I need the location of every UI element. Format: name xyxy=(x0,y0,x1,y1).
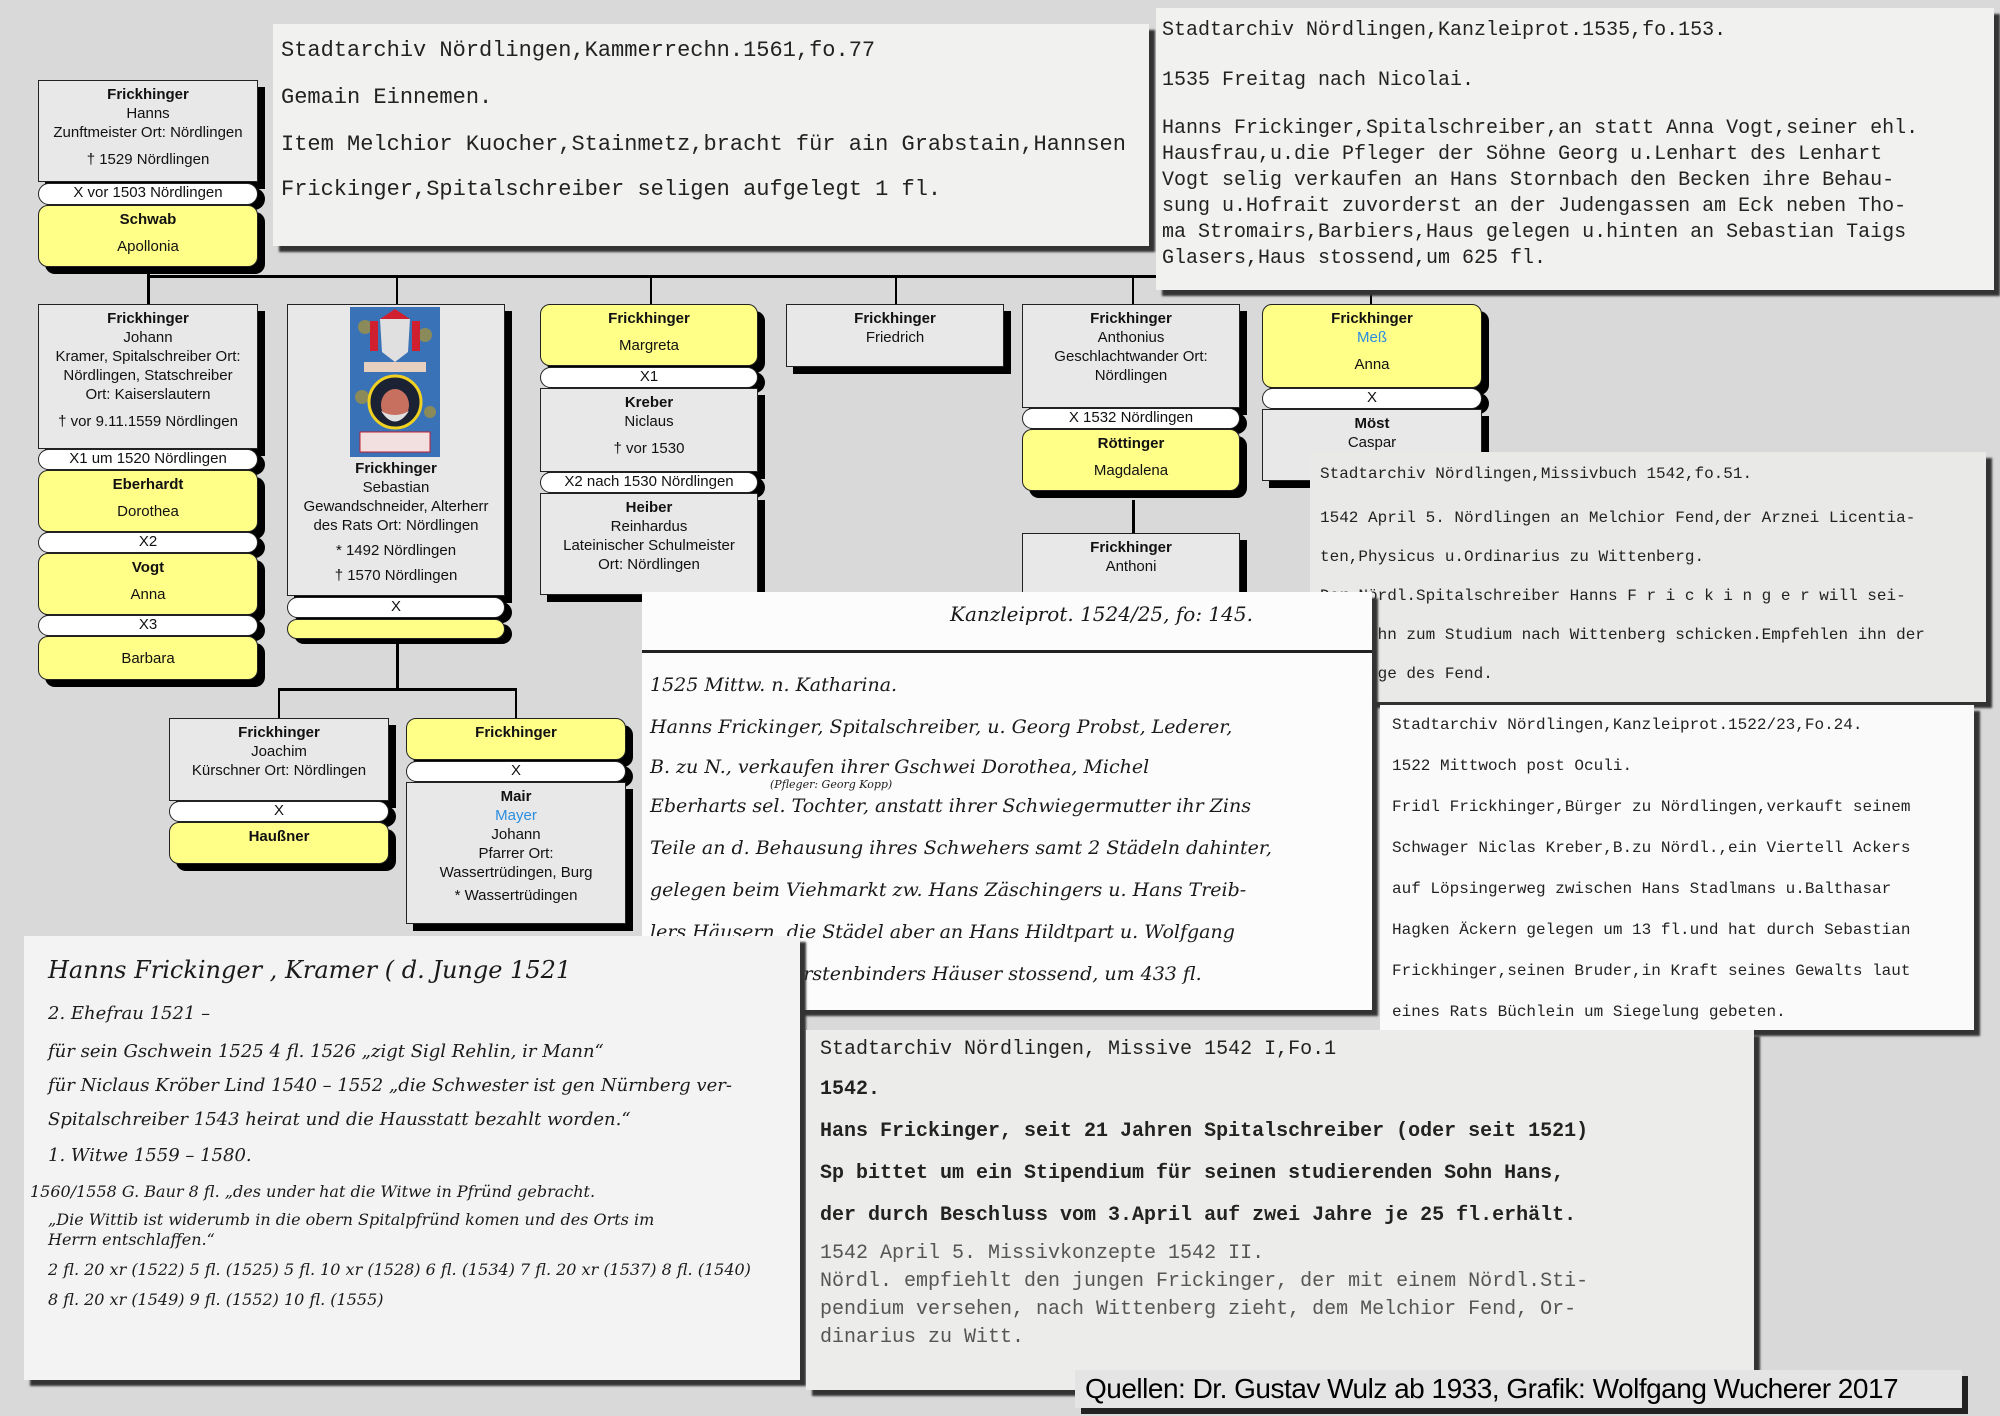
alt-surname: Mayer xyxy=(407,806,625,825)
doc-line: Hanns Frickinger , Kramer ( d. Junge 152… xyxy=(48,956,776,984)
occupation: Zunftmeister Ort: Nördlingen xyxy=(39,123,257,142)
surname: Frickhinger xyxy=(39,85,257,104)
death: † 1570 Nördlingen xyxy=(288,566,504,585)
doc-line: Gemain Einnemen. xyxy=(281,85,1141,110)
spouse-anna-vogt[interactable]: Vogt Anna xyxy=(38,553,258,615)
doc-line: Hagken Äckern gelegen um 13 fl.und hat d… xyxy=(1392,920,1962,940)
surname: Frickhinger xyxy=(1023,309,1239,328)
surname: Frickhinger xyxy=(1263,309,1481,328)
doc-line: 8 fl. 20 xr (1549) 9 fl. (1552) 10 fl. (… xyxy=(48,1290,776,1310)
given-name: Johann xyxy=(407,825,625,844)
doc-line: Stadtarchiv Nördlingen,Missivbuch 1542,f… xyxy=(1320,464,1976,484)
doc-kanzleiprot-1522: Stadtarchiv Nördlingen,Kanzleiprot.1522/… xyxy=(1380,705,1974,1030)
birth: * Wassertrüdingen xyxy=(407,886,625,905)
marriage-margreta-1: X1 xyxy=(540,367,758,388)
marriage-anthonius: X 1532 Nördlingen xyxy=(1022,408,1240,429)
doc-line: Teile an d. Behausung ihres Schwehers sa… xyxy=(650,838,1364,858)
alt-surname: Meß xyxy=(1263,328,1481,347)
surname: Frickhinger xyxy=(787,309,1003,328)
doc-line: Frickhinger,seinen Bruder,in Kraft seine… xyxy=(1392,961,1962,981)
surname: Frickhinger xyxy=(541,309,757,328)
doc-line: Spitalschreiber 1543 heirat und die Haus… xyxy=(48,1110,776,1130)
given-name: Joachim xyxy=(170,742,388,761)
doc-line: Fridl Frickhinger,Bürger zu Nördlingen,v… xyxy=(1392,797,1962,817)
doc-line: Glasers,Haus stossend,um 625 fl. xyxy=(1162,246,1988,272)
marriage-margreta-2: X2 nach 1530 Nördlingen xyxy=(540,472,758,493)
doc-line: ma Stromairs,Barbiers,Haus gelegen u.hin… xyxy=(1162,220,1988,246)
occupation-line: Ort: Kaiserslautern xyxy=(39,385,257,404)
spouse-niclaus-kreber[interactable]: Kreber Niclaus † vor 1530 xyxy=(540,388,758,472)
given-name: Sebastian xyxy=(288,478,504,497)
marriage-sebastian: X xyxy=(287,597,505,618)
doc-line: Stadtarchiv Nördlingen,Kanzleiprot.1535,… xyxy=(1162,18,1988,44)
surname: Haußner xyxy=(170,827,388,846)
doc-line: Frickinger,Spitalschreiber seligen aufge… xyxy=(281,177,1141,202)
doc-line: 1522 Mittwoch post Oculi. xyxy=(1392,756,1962,776)
doc-handwritten-notes: Hanns Frickinger , Kramer ( d. Junge 152… xyxy=(24,936,800,1380)
doc-line: ten,Physicus u.Ordinarius zu Wittenberg. xyxy=(1320,547,1976,567)
occupation-line: Gewandschneider, Alterherr xyxy=(288,497,504,516)
spouse-magdalena[interactable]: Röttinger Magdalena xyxy=(1022,429,1240,491)
marriage-johann-2: X2 xyxy=(38,532,258,553)
occupation-line: Geschlachtwander Ort: xyxy=(1023,347,1239,366)
doc-line: sung u.Hofrait zuvorderst an der Judenga… xyxy=(1162,194,1988,220)
doc-line: 1542 April 5. Missivkonzepte 1542 II. xyxy=(820,1242,1740,1266)
marriage-mair: X xyxy=(406,761,626,782)
spouse-johann-mair[interactable]: Mair Mayer Johann Pfarrer Ort: Wassertrü… xyxy=(406,782,626,924)
occupation-line: Wassertrüdingen, Burg xyxy=(407,863,625,882)
doc-missive-1542: Stadtarchiv Nördlingen, Missive 1542 I,F… xyxy=(806,1030,1754,1390)
given-name: Anthoni xyxy=(1023,557,1239,576)
doc-line: gelegen beim Viehmarkt zw. Hans Zäsching… xyxy=(650,880,1364,900)
person-hanns[interactable]: Frickhinger Hanns Zunftmeister Ort: Nörd… xyxy=(38,80,258,182)
doc-line: Vogt selig verkaufen an Hans Stornbach d… xyxy=(1162,168,1988,194)
surname: Schwab xyxy=(39,210,257,229)
connector-child-5 xyxy=(1132,276,1134,304)
given-name: Hanns xyxy=(39,104,257,123)
doc-line: 2 fl. 20 xr (1522) 5 fl. (1525) 5 fl. 10… xyxy=(48,1260,776,1280)
given-name: Johann xyxy=(39,328,257,347)
given-name: Anthonius xyxy=(1023,328,1239,347)
given-name: Margreta xyxy=(541,336,757,355)
spouse-reinhardus-heiber[interactable]: Heiber Reinhardus Lateinischer Schulmeis… xyxy=(540,493,758,595)
spouse-apollonia[interactable]: Schwab Apollonia xyxy=(38,205,258,267)
surname: Heiber xyxy=(541,498,757,517)
doc-line: nen Sohn zum Studium nach Wittenberg sch… xyxy=(1320,625,1976,645)
doc-line: Fürsorge des Fend. xyxy=(1320,664,1976,684)
person-joachim[interactable]: Frickhinger Joachim Kürschner Ort: Nördl… xyxy=(169,718,389,801)
surname: Frickhinger xyxy=(288,459,504,478)
portrait-image xyxy=(350,307,440,457)
marriage-johann-3: X3 xyxy=(38,615,258,636)
doc-line: 1. Witwe 1559 – 1580. xyxy=(48,1146,776,1166)
connector-anthonius-down xyxy=(1132,500,1135,536)
given-name: Apollonia xyxy=(39,237,257,256)
occupation-line: Nördlingen, Statschreiber xyxy=(39,366,257,385)
given-name: Anna xyxy=(1263,355,1481,374)
doc-line: Stadtarchiv Nördlingen,Kanzleiprot.1522/… xyxy=(1392,715,1962,735)
occupation-line: Ort: Nördlingen xyxy=(541,555,757,574)
connector-sebastian-down xyxy=(396,640,399,690)
doc-line: dinarius zu Witt. xyxy=(820,1326,1740,1350)
surname: Frickhinger xyxy=(407,723,625,742)
doc-kanzleiprot-1535: Stadtarchiv Nördlingen,Kanzleiprot.1535,… xyxy=(1156,8,1994,290)
sources-caption: Quellen: Dr. Gustav Wulz ab 1933, Grafik… xyxy=(1075,1370,1962,1408)
doc-line: 1525 Mittw. n. Katharina. xyxy=(650,675,1364,695)
surname: Frickhinger xyxy=(170,723,388,742)
death: † vor 9.11.1559 Nördlingen xyxy=(39,412,257,431)
doc-line: Der Nördl.Spitalschreiber Hanns F r i c … xyxy=(1320,586,1976,606)
occupation-line: Lateinischer Schulmeister xyxy=(541,536,757,555)
doc-line: Kanzleiprot. 1524/25, fo: 145. xyxy=(950,604,1364,624)
given-name: Reinhardus xyxy=(541,517,757,536)
doc-line: 1560/1558 G. Baur 8 fl. „des under hat d… xyxy=(30,1182,776,1202)
doc-line: auf Löpsingerweg zwischen Hans Stadlmans… xyxy=(1392,879,1962,899)
doc-line: Sp bittet um ein Stipendium für seinen s… xyxy=(820,1162,1740,1186)
given-name: Anna xyxy=(39,585,257,604)
birth: * 1492 Nördlingen xyxy=(288,541,504,560)
surname: Frickhinger xyxy=(1023,538,1239,557)
doc-line: „Die Wittib ist widerumb in die obern Sp… xyxy=(48,1210,776,1230)
person-anna-mess[interactable]: Frickhinger Meß Anna xyxy=(1262,304,1482,388)
surname: Vogt xyxy=(39,558,257,577)
divider xyxy=(642,650,1372,653)
connector-child-1 xyxy=(147,276,149,304)
given-name: Magdalena xyxy=(1023,461,1239,480)
doc-missivbuch-1542: Stadtarchiv Nördlingen,Missivbuch 1542,f… xyxy=(1310,452,1986,702)
doc-line: 1535 Freitag nach Nicolai. xyxy=(1162,68,1988,94)
death: † vor 1530 xyxy=(541,439,757,458)
doc-line: Stadtarchiv Nördlingen, Missive 1542 I,F… xyxy=(820,1038,1740,1062)
marriage-hanns: X vor 1503 Nördlingen xyxy=(38,183,258,205)
surname: Möst xyxy=(1263,414,1481,433)
doc-line: 1542. xyxy=(820,1078,1740,1102)
given-name: Barbara xyxy=(39,649,257,668)
doc-line: Hausfrau,u.die Pfleger der Söhne Georg u… xyxy=(1162,142,1988,168)
doc-line: Schwager Niclas Kreber,B.zu Nördl.,ein V… xyxy=(1392,838,1962,858)
doc-line: Item Melchior Kuocher,Stainmetz,bracht f… xyxy=(281,132,1141,157)
marriage-johann-1: X1 um 1520 Nördlingen xyxy=(38,449,258,470)
doc-line: der durch Beschluss vom 3.April auf zwei… xyxy=(820,1204,1740,1228)
given-name: Dorothea xyxy=(39,502,257,521)
doc-line: für sein Gschwein 1525 4 fl. 1526 „zigt … xyxy=(48,1042,776,1062)
occupation: Kürschner Ort: Nördlingen xyxy=(170,761,388,780)
surname: Kreber xyxy=(541,393,757,412)
doc-kammerrechn-1561: Stadtarchiv Nördlingen,Kammerrechn.1561,… xyxy=(273,24,1149,246)
person-friedrich[interactable]: Frickhinger Friedrich xyxy=(786,304,1004,367)
doc-line: Eberharts sel. Tochter, anstatt ihrer Sc… xyxy=(650,796,1364,816)
person-margreta[interactable]: Frickhinger Margreta xyxy=(540,304,758,366)
surname: Röttinger xyxy=(1023,434,1239,453)
connector-grandchild-bar xyxy=(278,688,516,691)
connector-child-2 xyxy=(396,276,398,304)
doc-line: eines Rats Büchlein um Siegelung gebeten… xyxy=(1392,1002,1962,1022)
spouse-haussner[interactable]: Haußner xyxy=(169,822,389,864)
doc-line: B. zu N., verkaufen ihrer Gschwei Doroth… xyxy=(650,757,1364,777)
occupation-line: Kramer, Spitalschreiber Ort: xyxy=(39,347,257,366)
person-frickhinger-daughter[interactable]: Frickhinger xyxy=(406,718,626,760)
spouse-sebastian-unknown[interactable] xyxy=(287,619,505,639)
death: † 1529 Nördlingen xyxy=(39,150,257,169)
given-name: Niclaus xyxy=(541,412,757,431)
person-johann[interactable]: Frickhinger Johann Kramer, Spitalschreib… xyxy=(38,304,258,449)
spouse-barbara[interactable]: Barbara xyxy=(38,636,258,680)
connector-child-4 xyxy=(895,276,897,304)
doc-line: Hanns Frickinger,Spitalschreiber,an stat… xyxy=(1162,116,1988,142)
doc-line: pendium versehen, nach Wittenberg zieht,… xyxy=(820,1298,1740,1322)
marriage-anna-mess: X xyxy=(1262,388,1482,409)
given-name: Friedrich xyxy=(787,328,1003,347)
doc-line: Hanns Frickinger, Spitalschreiber, u. Ge… xyxy=(650,717,1364,737)
connector-grandchild-2 xyxy=(515,688,517,720)
given-name: Caspar xyxy=(1263,433,1481,452)
occupation-line: Pfarrer Ort: xyxy=(407,844,625,863)
doc-line: Nördl. empfiehlt den jungen Frickinger, … xyxy=(820,1270,1740,1294)
person-anthonius[interactable]: Frickhinger Anthonius Geschlachtwander O… xyxy=(1022,304,1240,408)
marriage-joachim: X xyxy=(169,801,389,822)
occupation-line: Nördlingen xyxy=(1023,366,1239,385)
doc-line: Herrn entschlaffen.“ xyxy=(48,1230,776,1250)
surname: Mair xyxy=(407,787,625,806)
doc-annotation: (Pfleger: Georg Kopp) xyxy=(770,779,1364,790)
doc-line: 2. Ehefrau 1521 – xyxy=(48,1004,776,1024)
person-sebastian[interactable]: Frickhinger Sebastian Gewandschneider, A… xyxy=(287,304,505,596)
doc-line: 1542 April 5. Nördlingen an Melchior Fen… xyxy=(1320,508,1976,528)
spouse-dorothea[interactable]: Eberhardt Dorothea xyxy=(38,470,258,532)
occupation-line: des Rats Ort: Nördlingen xyxy=(288,516,504,535)
surname: Eberhardt xyxy=(39,475,257,494)
surname: Frickhinger xyxy=(39,309,257,328)
doc-line: Hans Frickinger, seit 21 Jahren Spitalsc… xyxy=(820,1120,1740,1144)
connector-grandchild-1 xyxy=(278,688,280,720)
doc-line: für Niclaus Kröber Lind 1540 – 1552 „die… xyxy=(48,1076,776,1096)
doc-line: Stadtarchiv Nördlingen,Kammerrechn.1561,… xyxy=(281,38,1141,63)
connector-child-3 xyxy=(650,276,652,304)
